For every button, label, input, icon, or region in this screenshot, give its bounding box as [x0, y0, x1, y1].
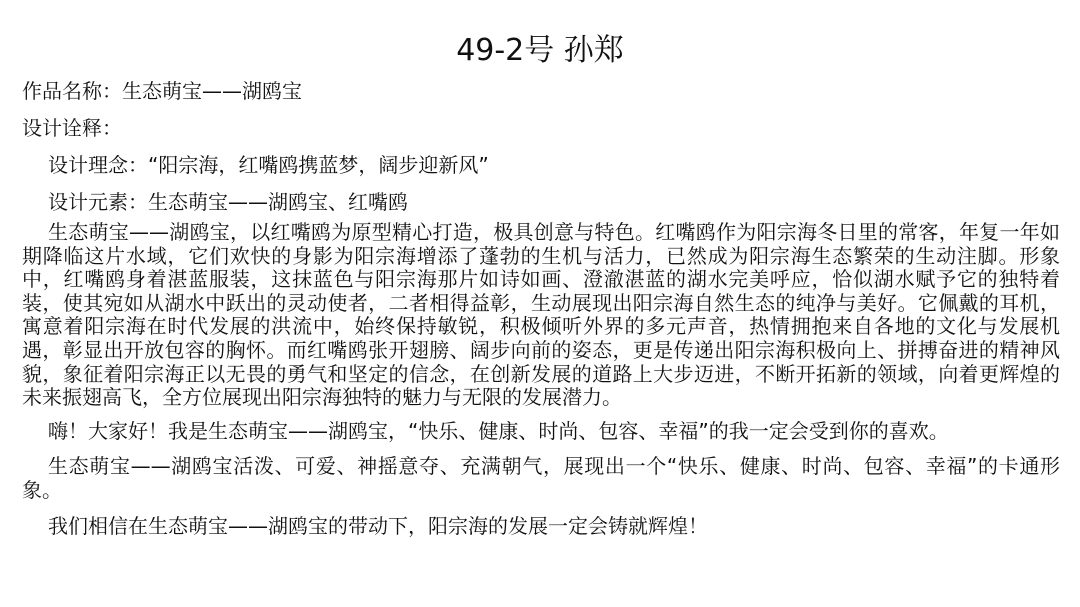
work-name: 作品名称：生态萌宝——湖鸥宝: [22, 78, 1060, 104]
design-concept: 设计理念：“阳宗海，红嘴鸥携蓝梦，阔步迎新风”: [22, 152, 1060, 178]
closing-paragraph: 我们相信在生态萌宝——湖鸥宝的带动下，阳宗海的发展一定会铸就辉煌！: [22, 515, 1060, 539]
description-paragraph: 生态萌宝——湖鸥宝，以红嘴鸥为原型精心打造，极具创意与特色。红嘴鸥作为阳宗海冬日…: [22, 221, 1060, 410]
greeting-paragraph: 嗨！大家好！我是生态萌宝——湖鸥宝，“快乐、健康、时尚、包容、幸福”的我一定会受…: [22, 420, 1060, 444]
character-paragraph: 生态萌宝——湖鸥宝活泼、可爱、神摇意夺、充满朝气，展现出一个“快乐、健康、时尚、…: [22, 455, 1060, 502]
design-elements: 设计元素：生态萌宝——湖鸥宝、红嘴鸥: [22, 189, 1060, 215]
page-title: 49-2号 孙郑: [0, 31, 1080, 71]
document-body: 作品名称：生态萌宝——湖鸥宝 设计诠释： 设计理念：“阳宗海，红嘴鸥携蓝梦，阔步…: [22, 78, 1060, 548]
design-explanation-label: 设计诠释：: [22, 115, 1060, 141]
